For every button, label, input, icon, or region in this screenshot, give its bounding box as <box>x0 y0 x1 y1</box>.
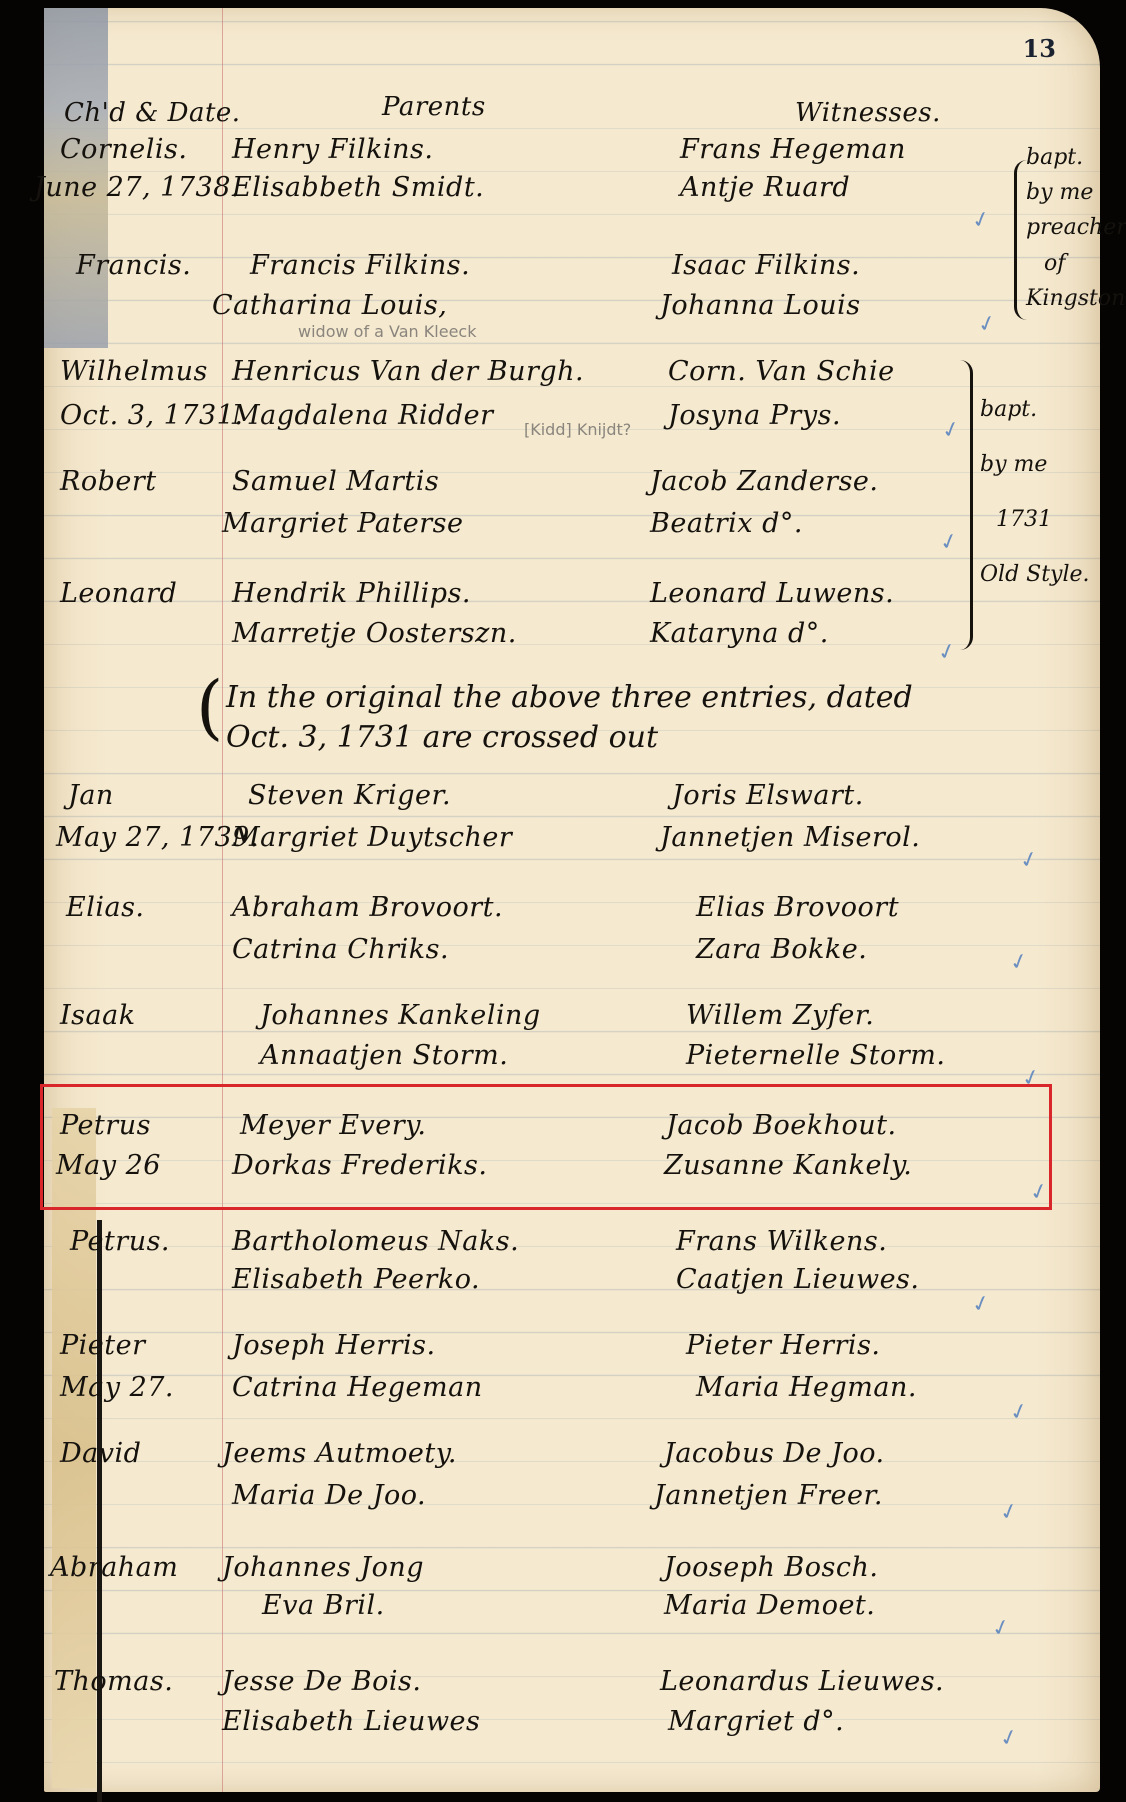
child-name: Leonard <box>60 578 177 609</box>
father-name: Meyer Every. <box>240 1110 426 1141</box>
child-name: Isaak <box>60 1000 136 1031</box>
child-name: Cornelis. <box>60 134 187 165</box>
father-name: Johannes Jong <box>222 1552 424 1583</box>
child-name: Pieter <box>60 1330 146 1361</box>
witness-1: Jacobus De Joo. <box>664 1438 885 1469</box>
child-name: David <box>60 1438 141 1469</box>
witness-1: Frans Hegeman <box>680 134 906 165</box>
witness-2: Maria Demoet. <box>664 1590 875 1621</box>
mother-name: Catrina Chriks. <box>232 934 449 965</box>
mother-name: Dorkas Frederiks. <box>232 1150 487 1181</box>
child-name: Thomas. <box>54 1666 173 1697</box>
child-name: Wilhelmus <box>60 356 208 387</box>
bracket-line: bapt. <box>1026 140 1126 175</box>
witness-1: Corn. Van Schie <box>668 356 895 387</box>
witness-1: Elias Brovoort <box>696 892 899 923</box>
bracket-line: Old Style. <box>980 547 1090 602</box>
header-witnesses: Witnesses. <box>795 98 941 128</box>
witness-1: Leonard Luwens. <box>650 578 894 609</box>
pencil-note: [Kidd] Knijdt? <box>524 420 631 439</box>
bracket-line: preacher <box>1026 210 1126 245</box>
witness-2: Kataryna d°. <box>650 618 829 649</box>
bracket-line: bapt. <box>980 382 1090 437</box>
child-name: Robert <box>60 466 157 497</box>
witness-2: Antje Ruard <box>680 172 850 203</box>
bracket-line: 1731 <box>980 492 1090 547</box>
witness-2: Josyna Prys. <box>668 400 841 431</box>
register-page: 13 <box>44 8 1100 1792</box>
father-name: Jesse De Bois. <box>222 1666 421 1697</box>
pencil-note: widow of a Van Kleeck <box>298 322 476 341</box>
annotation-paren: ( <box>196 666 223 748</box>
witness-2: Zara Bokke. <box>696 934 867 965</box>
witness-2: Jannetjen Freer. <box>654 1480 883 1511</box>
mother-name: Marretje Oosterszn. <box>232 618 517 649</box>
header-parents: Parents <box>382 92 486 122</box>
header-name-date: Ch'd & Date. <box>64 98 241 128</box>
mother-name: Margriet Paterse <box>222 508 464 539</box>
baptism-date: May 27. <box>60 1372 174 1403</box>
witness-1: Jooseph Bosch. <box>664 1552 878 1583</box>
mother-name: Margriet Duytscher <box>232 822 512 853</box>
witness-2: Jannetjen Miserol. <box>660 822 920 853</box>
witness-1: Pieter Herris. <box>686 1330 881 1361</box>
bracket-note-1: bapt. by me preacher of Kingston. <box>1026 140 1126 316</box>
mother-name: Annaatjen Storm. <box>260 1040 508 1071</box>
witness-2: Pieternelle Storm. <box>686 1040 945 1071</box>
father-name: Abraham Brovoort. <box>232 892 503 923</box>
baptism-date: June 27, 1738. <box>34 172 240 203</box>
baptism-date: May 27, 1739. <box>56 822 259 853</box>
bracket-note-2: bapt. by me 1731 Old Style. <box>980 382 1090 602</box>
father-name: Henry Filkins. <box>232 134 433 165</box>
baptism-date: Oct. 3, 1731. <box>60 400 243 431</box>
annotation-line-2: Oct. 3, 1731 are crossed out <box>226 720 658 755</box>
father-name: Joseph Herris. <box>232 1330 436 1361</box>
mother-name: Catrina Hegeman <box>232 1372 483 1403</box>
father-name: Henricus Van der Burgh. <box>232 356 584 387</box>
bracket-line: by me <box>1026 175 1126 210</box>
witness-2: Margriet d°. <box>668 1706 844 1737</box>
page-number: 13 <box>1023 34 1056 63</box>
witness-2: Zusanne Kankely. <box>664 1150 912 1181</box>
witness-1: Joris Elswart. <box>672 780 864 811</box>
father-name: Steven Kriger. <box>248 780 451 811</box>
father-name: Hendrik Phillips. <box>232 578 471 609</box>
witness-2: Caatjen Lieuwes. <box>676 1264 920 1295</box>
witness-1: Isaac Filkins. <box>672 250 860 281</box>
child-name: Jan <box>68 780 114 811</box>
baptism-date: May 26 <box>56 1150 161 1181</box>
mother-name: Eva Bril. <box>262 1590 385 1621</box>
child-name: Francis. <box>76 250 191 281</box>
mother-name: Maria De Joo. <box>232 1480 426 1511</box>
child-name: Petrus <box>60 1110 151 1141</box>
father-name: Samuel Martis <box>232 466 439 497</box>
father-name: Johannes Kankeling <box>260 1000 541 1031</box>
mother-name: Elisabeth Peerko. <box>232 1264 480 1295</box>
child-name: Abraham <box>50 1552 178 1583</box>
witness-1: Leonardus Lieuwes. <box>660 1666 944 1697</box>
witness-2: Maria Hegman. <box>696 1372 917 1403</box>
witness-2: Johanna Louis <box>660 290 861 321</box>
witness-1: Jacob Boekhout. <box>666 1110 897 1141</box>
father-name: Bartholomeus Naks. <box>232 1226 519 1257</box>
brace-group-2 <box>960 360 973 650</box>
witness-1: Willem Zyfer. <box>686 1000 874 1031</box>
witness-1: Frans Wilkens. <box>676 1226 887 1257</box>
father-name: Jeems Autmoety. <box>222 1438 457 1469</box>
witness-1: Jacob Zanderse. <box>650 466 879 497</box>
mother-name: Elisabeth Lieuwes <box>222 1706 480 1737</box>
witness-2: Beatrix d°. <box>650 508 803 539</box>
child-name: Petrus. <box>70 1226 170 1257</box>
child-name: Elias. <box>66 892 145 923</box>
mother-name: Catharina Louis, <box>212 290 447 321</box>
bracket-line: by me <box>980 437 1090 492</box>
mother-name: Elisabbeth Smidt. <box>232 172 484 203</box>
binding-edge <box>97 1220 102 1802</box>
margin-rule <box>222 8 223 1792</box>
bracket-line: Kingston. <box>1026 281 1126 316</box>
father-name: Francis Filkins. <box>250 250 470 281</box>
annotation-line-1: In the original the above three entries,… <box>226 680 913 715</box>
mother-name: Magdalena Ridder <box>232 400 494 431</box>
bracket-line: of <box>1026 246 1126 281</box>
